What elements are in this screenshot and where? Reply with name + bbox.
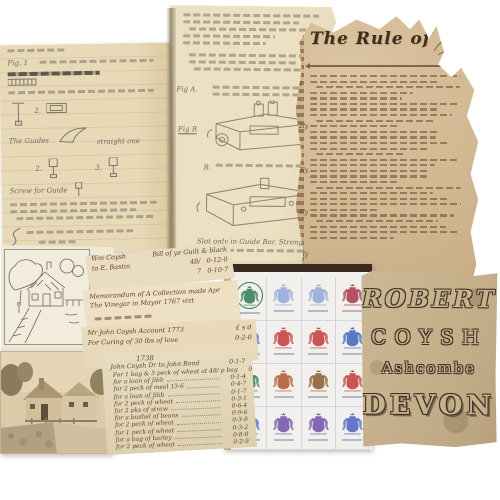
handwritten-line [310, 142, 450, 144]
handwritten-line [7, 48, 67, 52]
heraldic-crest-icon [340, 368, 365, 393]
note-label: Screw for Guide [10, 186, 68, 195]
paragraph-number: 2ly [299, 123, 308, 130]
ledger-amount: 0-2-9 [225, 438, 249, 446]
number-label: 3. [95, 164, 102, 172]
pencil-paragraph [10, 201, 162, 225]
figure-label: Fig B [178, 125, 197, 134]
pencil-paragraph [8, 89, 158, 99]
ink-scrawl [94, 314, 154, 324]
handwritten-line [183, 13, 319, 17]
handwritten-line [183, 42, 266, 45]
handwritten-line [189, 60, 299, 64]
account-amount: 0-2-0 [235, 333, 252, 342]
heraldic-crest-icon [271, 282, 296, 307]
heraldic-crest-icon [340, 325, 365, 350]
handwritten-line [212, 93, 302, 96]
bill-qty: 48/ [190, 257, 201, 266]
number-label: 2. [34, 107, 41, 115]
handwritten-line [316, 220, 438, 222]
heraldic-crest-icon [340, 411, 365, 436]
handwritten-line [310, 159, 457, 161]
photo-collage: Fig A. Fig B B. [0, 0, 500, 500]
handwritten-line [183, 20, 299, 24]
handwritten-line [310, 125, 400, 127]
paragraph-number: 4ly [299, 209, 308, 216]
note-label: B. [204, 164, 211, 172]
pencil-paragraph [7, 48, 69, 56]
heraldic-crest-icon [306, 325, 331, 350]
guide-sketch-icon [107, 157, 119, 177]
sketch-border [4, 249, 90, 345]
ledger-1738: 1738 John Coysh Dr to John Bond 0-1-7 Fo… [100, 347, 257, 456]
clamp-sketch-icon [46, 102, 68, 114]
note-label: straight one [97, 137, 140, 146]
handwritten-line [310, 103, 460, 105]
crest-cell [302, 278, 336, 321]
sail-sketch-icon [59, 126, 89, 145]
post-sketch-icon [10, 101, 28, 127]
heraldic-crest-icon [306, 282, 331, 307]
handwritten-line [316, 86, 460, 88]
handwritten-line [39, 240, 78, 243]
ledger-dash-fill [187, 386, 220, 388]
album-spine-edge [224, 264, 372, 272]
hatch-sketch-icon [8, 78, 38, 87]
crest-cell [302, 407, 336, 450]
handwritten-line [310, 75, 461, 77]
pencil-paragraph [26, 229, 136, 238]
screw-sketch-icon [74, 182, 84, 198]
account-col-header: £ s d [236, 323, 252, 332]
handwritten-line [310, 209, 377, 211]
coysh-cover: ROBERT COYSH Ashcombe DEVON [361, 271, 498, 448]
bill-qty: 7 [197, 267, 202, 275]
handwritten-line [310, 231, 460, 233]
cover-surname-line: COYSH [361, 327, 497, 348]
title-rule-line [307, 65, 465, 67]
handwritten-line [310, 214, 454, 216]
heraldic-crest-icon [306, 368, 331, 393]
manuscript-body: 12ly3ly4ly5ly6ly [310, 75, 466, 242]
handwritten-line [194, 68, 315, 72]
handwritten-line [310, 198, 447, 200]
crest-cell [267, 321, 301, 364]
figure-label: Fig A. [176, 85, 197, 93]
bill-amount: 0-12-0 [206, 255, 227, 264]
heraldic-crest-icon [271, 368, 296, 393]
flourish-icon [432, 31, 472, 57]
cover-county-line: DEVON [361, 392, 497, 420]
handwritten-line [189, 28, 318, 32]
handwritten-line [39, 59, 153, 63]
crest-caption [240, 312, 260, 314]
handwritten-line [310, 203, 461, 205]
heraldic-crest-icon [236, 282, 263, 309]
handwritten-line [310, 170, 430, 172]
cottage-drawing-icon [5, 250, 89, 344]
struck-line [8, 71, 100, 77]
crest-caption [308, 310, 328, 312]
account-line2: For Curing of 30 lbs of love [88, 336, 178, 347]
handwritten-line [310, 81, 439, 83]
crest-caption [342, 353, 362, 355]
crest-caption [308, 439, 328, 441]
handwritten-line [310, 131, 439, 133]
handwritten-line [10, 201, 157, 206]
handwritten-line [183, 35, 275, 38]
handwritten-line [216, 164, 313, 168]
crest-cell [302, 321, 336, 364]
handwritten-line [310, 114, 452, 116]
figure-label: Fig. 1 [7, 59, 28, 67]
bracket-sketch-icon [8, 227, 24, 247]
crest-caption [274, 353, 294, 355]
handwritten-line [310, 148, 429, 150]
handwritten-line [310, 226, 446, 228]
handwritten-line [26, 229, 133, 233]
handwritten-line [316, 187, 461, 189]
crest-caption [342, 310, 362, 312]
handwritten-line [310, 97, 402, 99]
handwritten-line [310, 136, 436, 138]
notebook-left-page: Fig. 1 2. The Guides straight one 2. 3. … [0, 43, 173, 254]
handwritten-line [8, 89, 154, 94]
ledger-item: for 2 peck of wheat [116, 441, 175, 451]
crest-caption [274, 310, 294, 312]
handwritten-line [310, 164, 435, 166]
note-label: The Guides [9, 137, 49, 146]
crest-caption [274, 396, 294, 398]
ledger-dash-fill [178, 443, 222, 446]
crest-caption [342, 396, 362, 398]
crest-cell [302, 364, 336, 407]
ledger-rows: For 1 bag & 3 peck of wheat at 48/ p bag… [101, 366, 257, 452]
crest-caption [308, 396, 328, 398]
crest-caption [274, 439, 294, 441]
handwritten-line [189, 53, 317, 57]
notebook-gutter-shadow [166, 8, 176, 256]
number-label: 2. [35, 165, 42, 173]
crest-caption [308, 353, 328, 355]
handwritten-line [10, 208, 136, 213]
pencil-paragraph [39, 59, 157, 68]
manuscript-title: The Rule of [310, 29, 470, 49]
heraldic-crest-icon [271, 325, 296, 350]
handwritten-line [94, 315, 152, 321]
crest-cell [267, 278, 301, 321]
handwritten-line [16, 215, 156, 220]
cover-place-line: Ashcombe [361, 361, 497, 377]
handwritten-line [310, 92, 413, 94]
guide-sketch-icon [47, 158, 59, 178]
handwritten-line [310, 108, 438, 110]
handwritten-line [316, 120, 436, 122]
paragraph-number: 3ly [299, 167, 308, 174]
handwritten-line [310, 175, 427, 177]
heraldic-crest-icon [340, 282, 365, 307]
crest-caption [342, 439, 362, 441]
crest-cell [267, 364, 301, 407]
bill-amount: 0-10-7 [207, 265, 228, 274]
handwritten-line [310, 237, 394, 239]
handwritten-line [316, 153, 405, 155]
handwritten-line [310, 181, 397, 183]
handwritten-line [310, 192, 433, 194]
heraldic-crest-icon [271, 411, 296, 436]
cover-name-line: ROBERT [361, 287, 497, 312]
ledger-heading-amount: 0-1-7 [229, 358, 246, 366]
crest-cell [267, 407, 301, 450]
heraldic-crest-icon [306, 411, 331, 436]
